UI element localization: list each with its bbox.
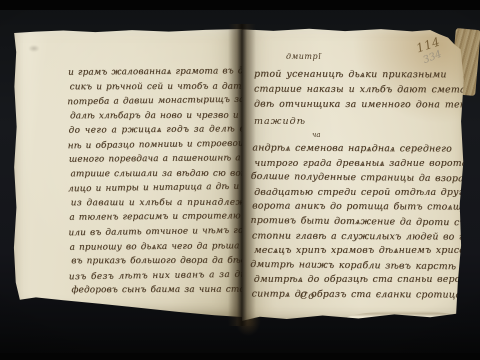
manuscript-line: читрого града древѧныѧ задние ворота	[254, 157, 454, 172]
manuscript-line: далѣ хлѣбаръ да ново и чрезво и на паде …	[70, 108, 242, 123]
manuscript-line: противъ быти дотѧжение да дроти съ него	[250, 214, 450, 231]
letterbox-bottom	[0, 353, 480, 360]
letterbox-top	[0, 0, 480, 10]
manuscript-line: ворота аникъ до ротища бытъ стоѧщъ съ об…	[252, 200, 452, 216]
manuscript-line: въ приказъ большого двора да бѣдъ принѧт…	[71, 254, 243, 269]
manuscript-line: потреба а давши монастырищъ за паде себѣ…	[67, 93, 239, 110]
manuscript-line: двѣ отчинщика за именного дона текота	[254, 97, 452, 113]
superscript-mark: ча	[312, 131, 321, 139]
manuscript-line: синтрѧ до образъ ста єланки сротица	[252, 287, 452, 303]
manuscript-line: нѣ и образцо помнишь и строевои чиновъ	[68, 136, 240, 153]
manuscript-line: а приношу во дьѧка чего да рѣша по дѣлам…	[70, 239, 242, 255]
catchword: тажидѣ	[254, 116, 306, 127]
manuscript-page-left: и грамъ жалованнаѧ грамота въ дьѧки митр…	[13, 29, 242, 317]
left-text-block: и грамъ жалованнаѧ грамота въ дьѧки митр…	[68, 64, 242, 298]
manuscript-page-right: 114 334 дмитрї ртой усенаницѣ дьѧки прик…	[242, 27, 466, 322]
manuscript-line: дмитрѣѧ до образцѣ ста спаньи верстица	[254, 273, 454, 288]
manuscript-line: или въ далить отчиное и чѣмъ года да р г…	[68, 224, 240, 241]
manuscript-line: лицо и нитры и нитарица а дѣ и вѣчна на	[68, 180, 240, 197]
manuscript-line: месѧцъ хрипъ храмовъ дѣѧниемъ хрисовъ	[254, 244, 454, 259]
entry-heading: дмитрї	[286, 52, 321, 61]
manuscript-line: старшие наказы и хлѣбъ дают сметано	[254, 82, 452, 98]
manuscript-line: и грамъ жалованнаѧ грамота въ дьѧки митр…	[68, 64, 240, 80]
manuscript-line: до чего а ржицаѧ годъ за делѣ всѧкого сѣ…	[68, 122, 240, 138]
manuscript-line: андрѣѧ семенова нарѧднаѧ середнего	[252, 141, 452, 157]
manuscript-line: стопни главѣ а служилыхъ людей во градѣ	[252, 229, 452, 245]
manuscript-line: ртой усенаницѣ дьѧки приказными	[254, 67, 452, 83]
manuscript-line: болшие полуденные страницы да взора	[251, 170, 451, 187]
manuscript-line: двадцатью стреди серой отдѣла други саже…	[254, 186, 454, 201]
manuscript-line: федоровъ сынъ баима за чина столника	[71, 283, 243, 298]
pencil-smudge	[27, 44, 41, 53]
quire-mark: Со	[300, 291, 315, 302]
manuscript-line: дмитрѣ наижъ корабли зѣвъ карстѣ старост…	[250, 258, 450, 275]
right-text-block-1: ртой усенаницѣ дьѧки приказными старшие …	[254, 67, 452, 113]
right-text-block-2: андрѣѧ семенова нарѧднаѧ середнего читро…	[252, 141, 453, 303]
manuscript-line: шеного поревдача а пашеношнѣ а вотчина	[69, 152, 241, 168]
manuscript-line: из даваши и хлѣбы а принадлежа но затѣ	[71, 196, 243, 211]
video-frame: и грамъ жалованнаѧ грамота въ дьѧки митр…	[0, 0, 480, 360]
